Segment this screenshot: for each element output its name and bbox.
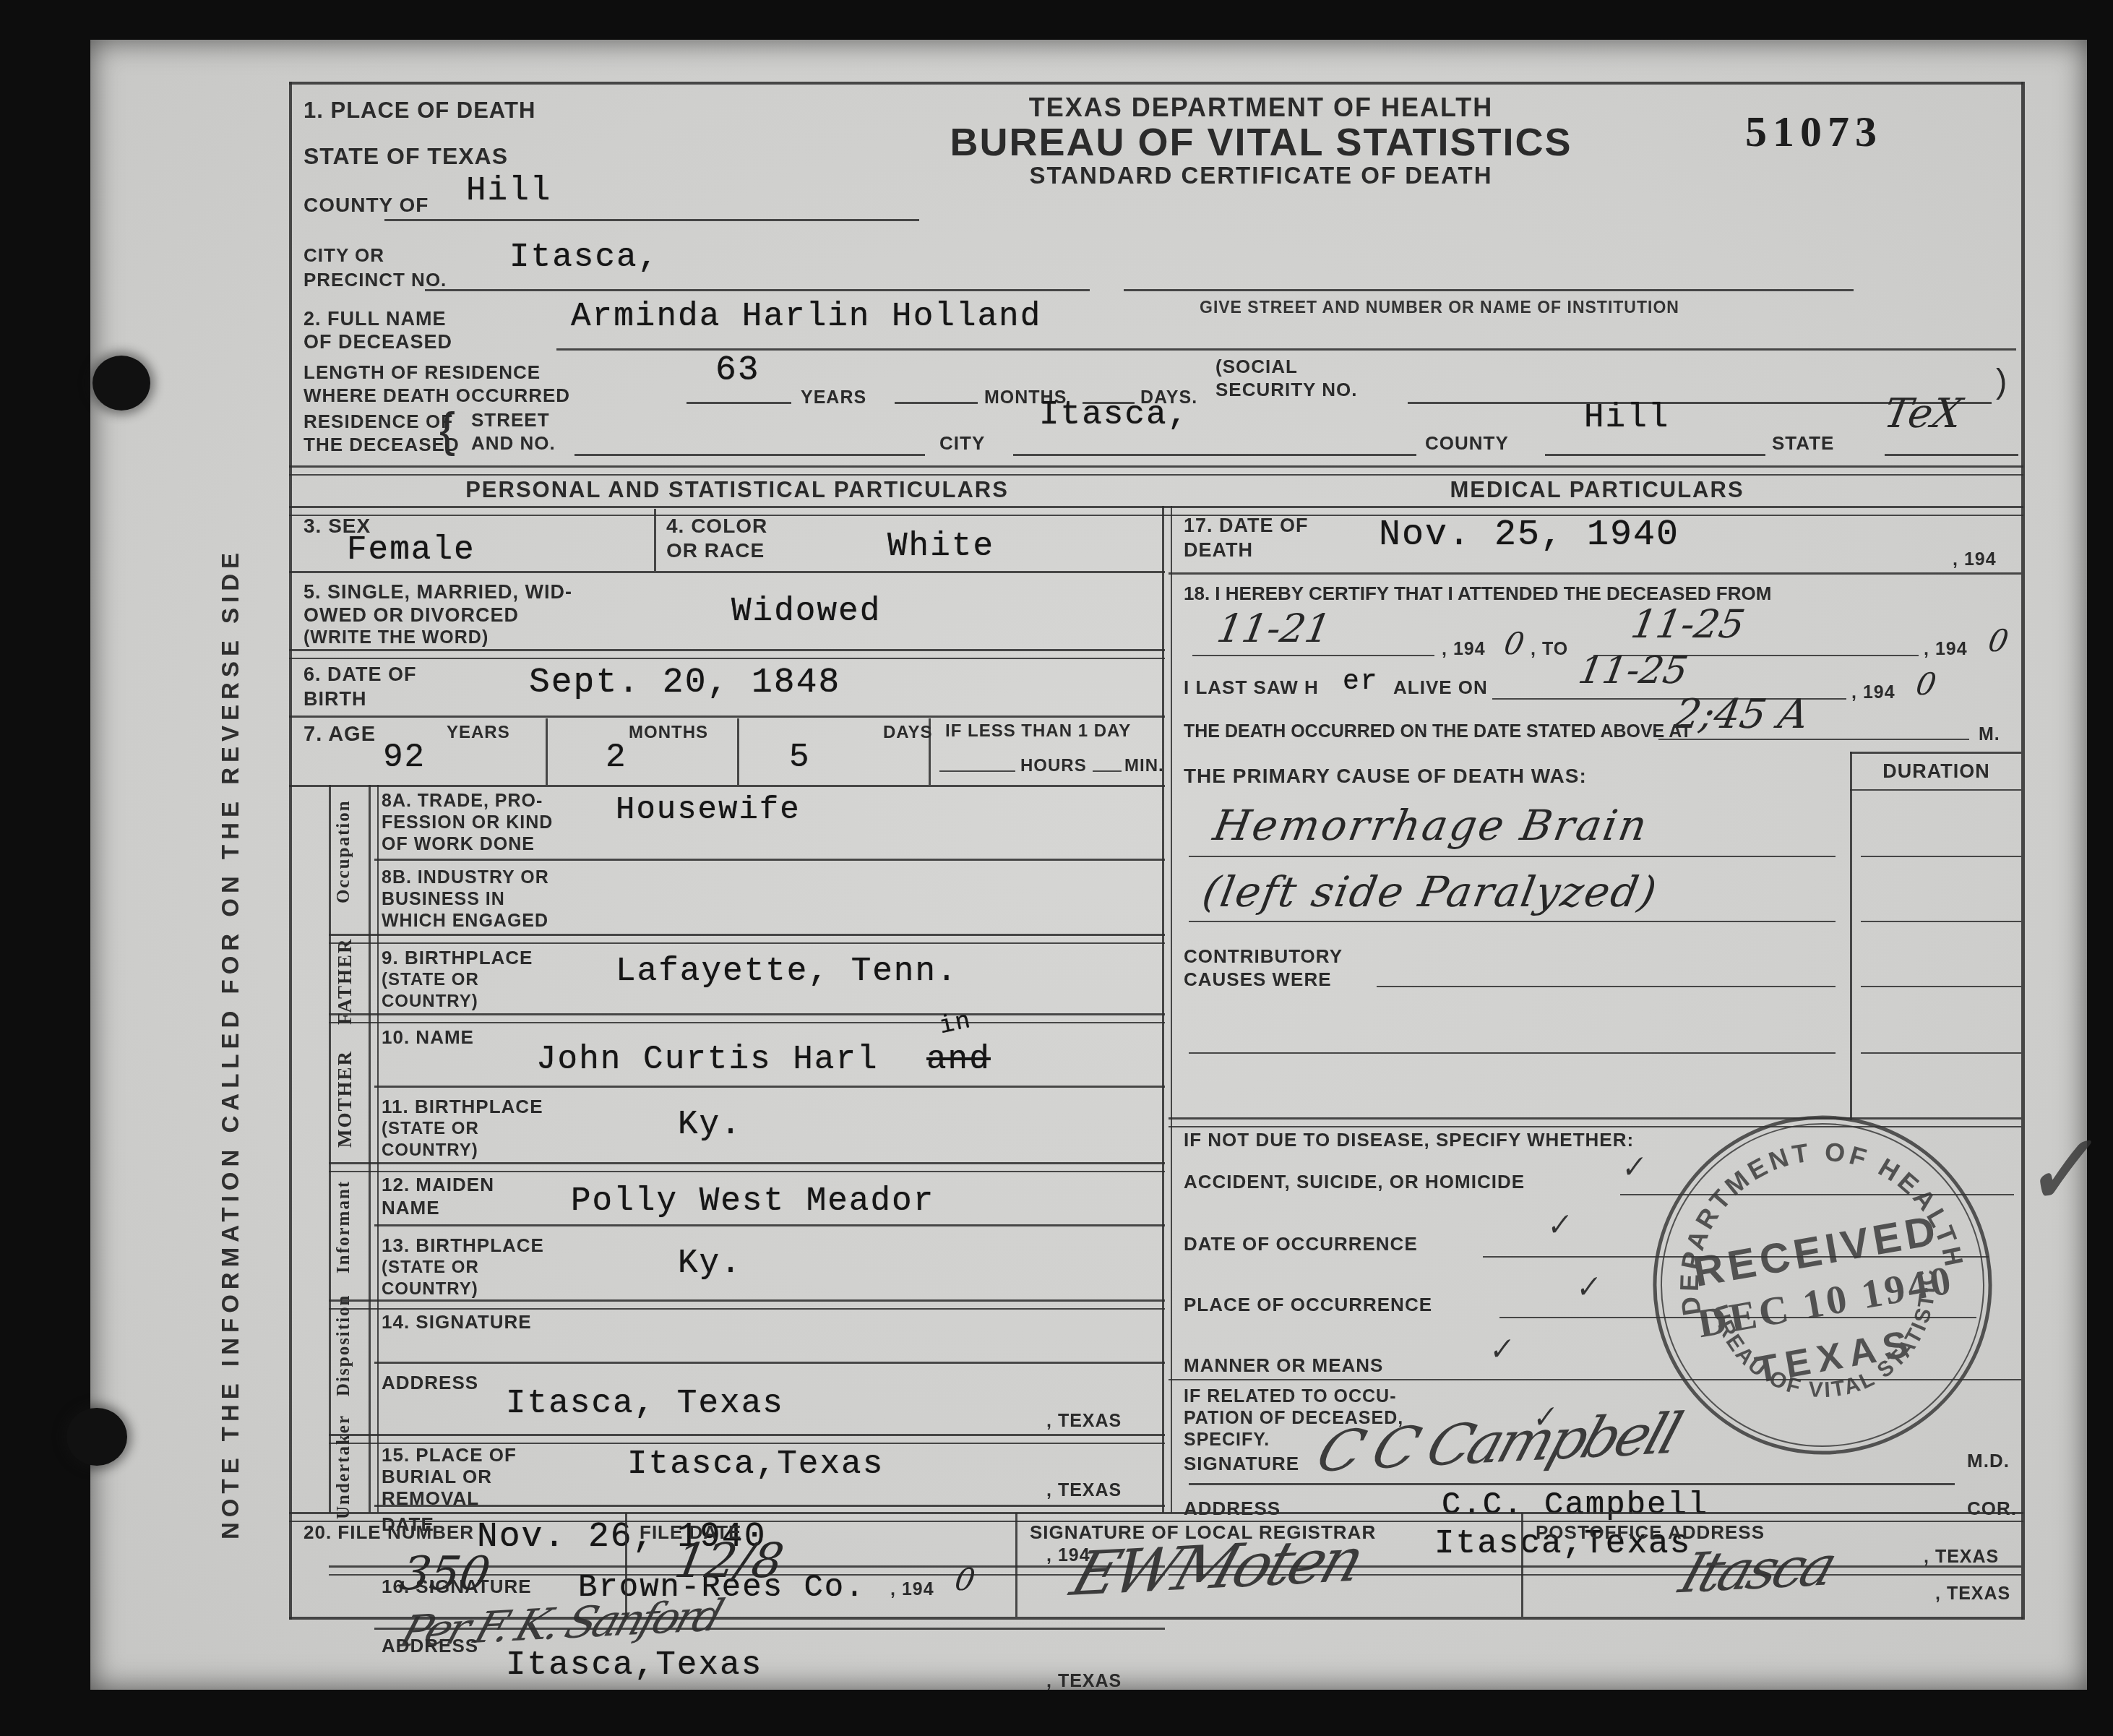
cell-divider [1015, 1513, 1017, 1617]
registration-row: 20. FILE NUMBER350FILE DATE12/8, 1940SIG… [0, 0, 2113, 1736]
registrar-signature: EWMoten [1063, 1524, 1369, 1610]
postoffice-value: Itasca [1672, 1534, 1841, 1605]
file-date-year-printed: , 194 [890, 1579, 934, 1600]
cell-divider [1521, 1513, 1523, 1617]
file-number-value: 350 [396, 1547, 494, 1601]
file-date-value: 12/8 [671, 1533, 788, 1589]
postoffice-texas-suffix: , TEXAS [1935, 1584, 2010, 1604]
rule-double [289, 1512, 2023, 1522]
file-date-year-hand: 0 [952, 1562, 978, 1597]
cell-divider [625, 1513, 627, 1617]
file-number-label: 20. FILE NUMBER [304, 1521, 474, 1544]
